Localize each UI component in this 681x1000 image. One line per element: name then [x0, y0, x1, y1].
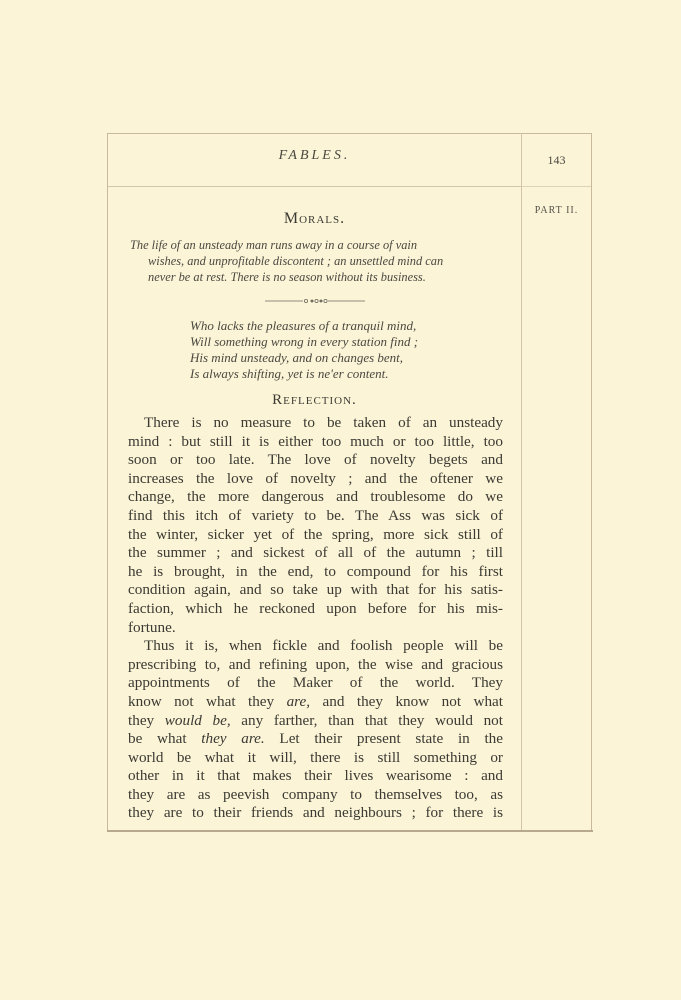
italic-text-run: would be, [165, 712, 231, 729]
body-line: increases the love of novelty ; and the … [128, 470, 503, 489]
morals-paragraph: The life of an unsteady man runs away in… [130, 237, 500, 285]
verse-line: Is always shifting, yet is ne'er content… [190, 366, 480, 382]
body-line: the summer ; and sickest of all of the a… [128, 544, 503, 563]
page-number: 143 [522, 153, 591, 168]
frame-right-rule [591, 133, 592, 832]
morals-line: The life of an unsteady man runs away in… [130, 237, 500, 253]
body-line: mind : but still it is either too much o… [128, 433, 503, 452]
italic-text-run: they are. [201, 730, 264, 747]
body-line: faction, which he reckoned upon before f… [128, 600, 503, 619]
text-run: they [128, 712, 165, 729]
body-line: Thus it is, when fickle and foolish peop… [128, 637, 503, 656]
body-line: appointments of the Maker of the world. … [128, 674, 503, 693]
text-run: know not what they [128, 693, 287, 710]
body-line: There is no measure to be taken of an un… [128, 414, 503, 433]
verse-stanza: Who lacks the pleasures of a tranquil mi… [190, 318, 480, 382]
body-line: they are as peevish company to themselve… [128, 786, 503, 805]
body-line: the winter, sicker yet of the spring, mo… [128, 526, 503, 545]
body-line: condition again, and so take up with tha… [128, 581, 503, 600]
italic-text-run: are, [287, 693, 310, 710]
body-line: know not what they are, and they know no… [128, 693, 503, 712]
reflection-heading: Reflection. [108, 392, 521, 409]
margin-column-divider [521, 133, 522, 830]
body-line: change, the more dangerous and troubleso… [128, 488, 503, 507]
body-line: other in it that makes their lives weari… [128, 767, 503, 786]
body-line: be what they are. Let their present stat… [128, 730, 503, 749]
text-run: be what [128, 730, 201, 747]
text-run: Let their present state in the [265, 730, 503, 747]
morals-line: wishes, and unprofitable discontent ; an… [130, 253, 500, 269]
running-head: FABLES. [108, 148, 521, 164]
morals-line: never be at rest. There is no season wit… [130, 269, 500, 285]
body-line: find this itch of variety to be. The Ass… [128, 507, 503, 526]
text-run: any farther, than that they would not [231, 712, 503, 729]
margin-header-rule [522, 186, 591, 187]
ornament-divider-icon [265, 297, 365, 305]
verse-line: His mind unsteady, and on changes bent, [190, 350, 480, 366]
body-line: they would be, any farther, than that th… [128, 712, 503, 731]
body-line: soon or too late. The love of novelty be… [128, 451, 503, 470]
part-label: PART II. [522, 205, 591, 216]
body-line: prescribing to, and refining upon, the w… [128, 656, 503, 675]
body-line: fortune. [128, 619, 503, 638]
verse-line: Will something wrong in every station fi… [190, 334, 480, 350]
verse-line: Who lacks the pleasures of a tranquil mi… [190, 318, 480, 334]
body-line: he is brought, in the end, to compound f… [128, 563, 503, 582]
frame-bottom-rule [107, 830, 593, 832]
body-line: world be what it will, there is still so… [128, 749, 503, 768]
reflection-body: There is no measure to be taken of an un… [128, 414, 503, 823]
body-line: they are to their friends and neighbours… [128, 804, 503, 823]
morals-heading: Morals. [108, 210, 521, 228]
header-rule [108, 186, 521, 187]
text-run: and they know not what [310, 693, 503, 710]
